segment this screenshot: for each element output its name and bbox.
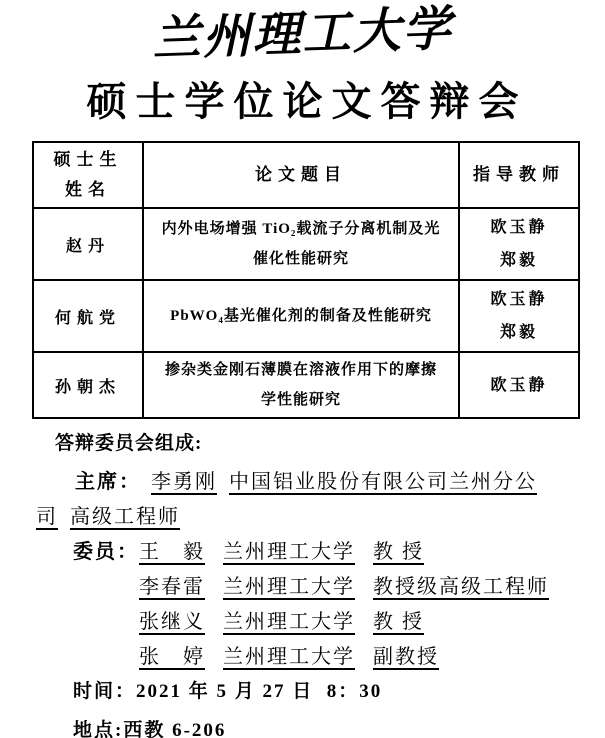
- committee-member-row: 李春雷 兰州理工大学 教授级高级工程师: [73, 570, 605, 605]
- student-name: 孙朝杰: [33, 352, 143, 418]
- schedule-section: 时间：2021 年 5 月 27 日 8：30 地点:西教 6-206: [73, 679, 605, 738]
- advisor-names: 欧玉静 郑毅: [459, 208, 579, 280]
- time-value: 2021 年 5 月 27 日 8：30: [136, 681, 382, 702]
- document-title: 硕士学位论文答辩会: [0, 78, 605, 126]
- member-name: 张继义: [139, 605, 205, 634]
- committee-heading: 答辩委员会组成:: [55, 431, 605, 457]
- thesis-title: 掺杂类金刚石薄膜在溶液作用下的摩擦 学性能研究: [143, 352, 459, 418]
- member-name: 王 毅: [139, 535, 205, 564]
- committee-member-row: 张继义 兰州理工大学 教 授: [73, 605, 605, 640]
- university-name-calligraphy: 兰州理工大学: [0, 0, 605, 76]
- member-name: 张 婷: [139, 640, 205, 669]
- table-row: 孙朝杰 掺杂类金刚石薄膜在溶液作用下的摩擦 学性能研究 欧玉静: [33, 352, 579, 418]
- table-row: 赵丹 内外电场增强 TiO₂载流子分离机制及光 催化性能研究 欧玉静 郑毅: [33, 208, 579, 280]
- advisor-names: 欧玉静: [459, 352, 579, 418]
- committee-member-row: 张 婷 兰州理工大学 副教授: [73, 640, 605, 675]
- table-row: 何航党 PbWO₄基光催化剂的制备及性能研究 欧玉静 郑毅: [33, 280, 579, 352]
- defense-announcement-document: 兰州理工大学 硕士学位论文答辩会 硕士生 姓名 论文题目 指导教师 赵丹 内外电…: [0, 0, 605, 738]
- thesis-title: PbWO₄基光催化剂的制备及性能研究: [143, 280, 459, 352]
- location-value: 西教 6-206: [123, 720, 226, 738]
- chair-label: 主席：: [75, 471, 141, 493]
- chair-title: 高级工程师: [70, 506, 180, 528]
- table-header-row: 硕士生 姓名 论文题目 指导教师: [33, 142, 579, 208]
- committee-member-row: 委员： 王 毅 兰州理工大学 教 授: [73, 535, 605, 570]
- committee-chair-line: 主席：李勇刚中国铝业股份有限公司兰州分公司高级工程师: [36, 465, 552, 535]
- member-name: 李春雷: [139, 570, 205, 599]
- member-title: 教 授: [373, 535, 424, 564]
- member-affiliation: 兰州理工大学: [223, 605, 355, 634]
- time-label: 时间：: [73, 681, 136, 702]
- advisor-names: 欧玉静 郑毅: [459, 280, 579, 352]
- location-label: 地点:: [73, 720, 123, 738]
- thesis-defense-table: 硕士生 姓名 论文题目 指导教师 赵丹 内外电场增强 TiO₂载流子分离机制及光…: [32, 141, 580, 419]
- header-student-name: 硕士生 姓名: [33, 142, 143, 208]
- member-title: 副教授: [373, 640, 439, 669]
- student-name: 赵丹: [33, 208, 143, 280]
- member-affiliation: 兰州理工大学: [223, 570, 355, 599]
- header-advisor: 指导教师: [459, 142, 579, 208]
- thesis-title: 内外电场增强 TiO₂载流子分离机制及光 催化性能研究: [143, 208, 459, 280]
- members-label: 委员：: [73, 535, 139, 564]
- committee-members-list: 委员： 王 毅 兰州理工大学 教 授 李春雷 兰州理工大学 教授级高级工程师 张…: [73, 535, 605, 675]
- member-title: 教 授: [373, 605, 424, 634]
- chair-name: 李勇刚: [151, 471, 217, 493]
- location-line: 地点:西教 6-206: [73, 718, 605, 738]
- member-affiliation: 兰州理工大学: [223, 535, 355, 564]
- time-line: 时间：2021 年 5 月 27 日 8：30: [73, 679, 605, 705]
- student-name: 何航党: [33, 280, 143, 352]
- header-thesis-title: 论文题目: [143, 142, 459, 208]
- member-affiliation: 兰州理工大学: [223, 640, 355, 669]
- member-title: 教授级高级工程师: [373, 570, 549, 599]
